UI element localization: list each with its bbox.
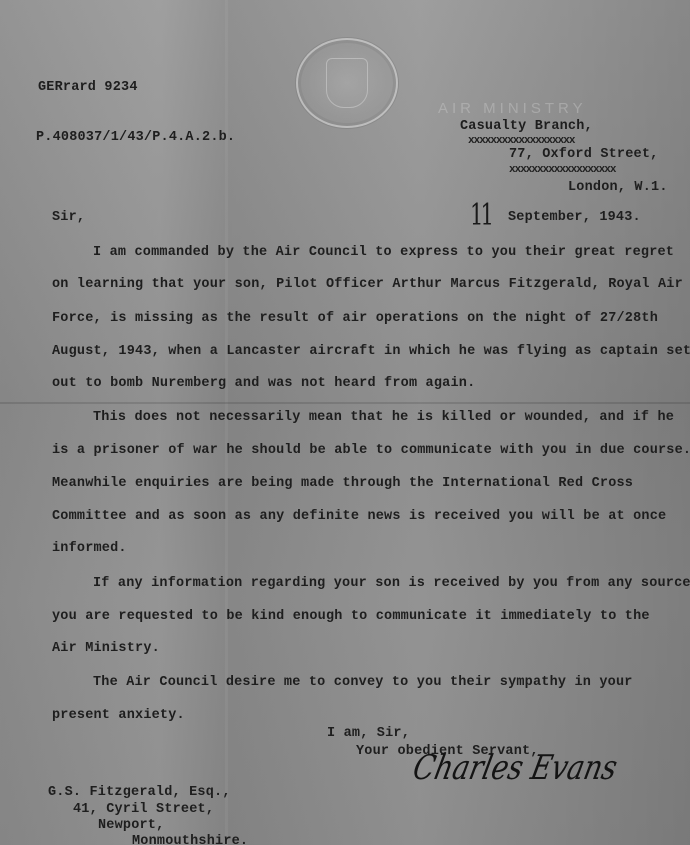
recipient-town: Newport, <box>98 818 164 833</box>
telephone-number: GERrard 9234 <box>38 80 138 95</box>
body-line: Air Ministry. <box>52 641 160 656</box>
body-line: out to bomb Nuremberg and was not heard … <box>52 376 475 391</box>
body-line: This does not necessarily mean that he i… <box>93 410 674 425</box>
handwritten-day: 11 <box>470 198 491 233</box>
address-line-city: London, W.1. <box>568 180 668 195</box>
body-line: The Air Council desire me to convey to y… <box>93 675 633 690</box>
coat-of-arms-seal-icon <box>296 38 398 128</box>
letter-page: AIR MINISTRY GERrard 9234 P.408037/1/43/… <box>0 0 690 845</box>
struck-out-line: xxxxxxxxxxxxxxxxxxx <box>509 164 615 176</box>
handwritten-signature: Charles Evans <box>409 748 620 788</box>
body-line: you are requested to be kind enough to c… <box>52 609 650 624</box>
body-line: If any information regarding your son is… <box>93 576 690 591</box>
recipient-name: G.S. Fitzgerald, Esq., <box>48 785 231 800</box>
body-line: Force, is missing as the result of air o… <box>52 311 658 326</box>
body-line: Meanwhile enquiries are being made throu… <box>52 476 633 491</box>
body-line: informed. <box>52 541 127 556</box>
closing-line: I am, Sir, <box>327 726 410 741</box>
body-line: Committee and as soon as any definite ne… <box>52 509 666 524</box>
recipient-county: Monmouthshire. <box>132 834 248 845</box>
shield-icon <box>326 58 368 108</box>
address-line-street: 77, Oxford Street, <box>509 147 658 162</box>
body-line: is a prisoner of war he should be able t… <box>52 443 690 458</box>
body-line: August, 1943, when a Lancaster aircraft … <box>52 344 690 359</box>
body-line: present anxiety. <box>52 708 185 723</box>
salutation: Sir, <box>52 210 85 225</box>
paper-fold-horizontal <box>0 402 690 404</box>
address-line-branch: Casualty Branch, <box>460 119 593 134</box>
letter-date: September, 1943. <box>508 210 641 225</box>
struck-out-line: xxxxxxxxxxxxxxxxxxx <box>468 135 574 147</box>
body-line: I am commanded by the Air Council to exp… <box>93 245 674 260</box>
body-line: on learning that your son, Pilot Officer… <box>52 277 683 292</box>
recipient-street: 41, Cyril Street, <box>73 802 214 817</box>
letterhead-watermark: AIR MINISTRY <box>438 100 587 117</box>
reference-number: P.408037/1/43/P.4.A.2.b. <box>36 130 235 145</box>
